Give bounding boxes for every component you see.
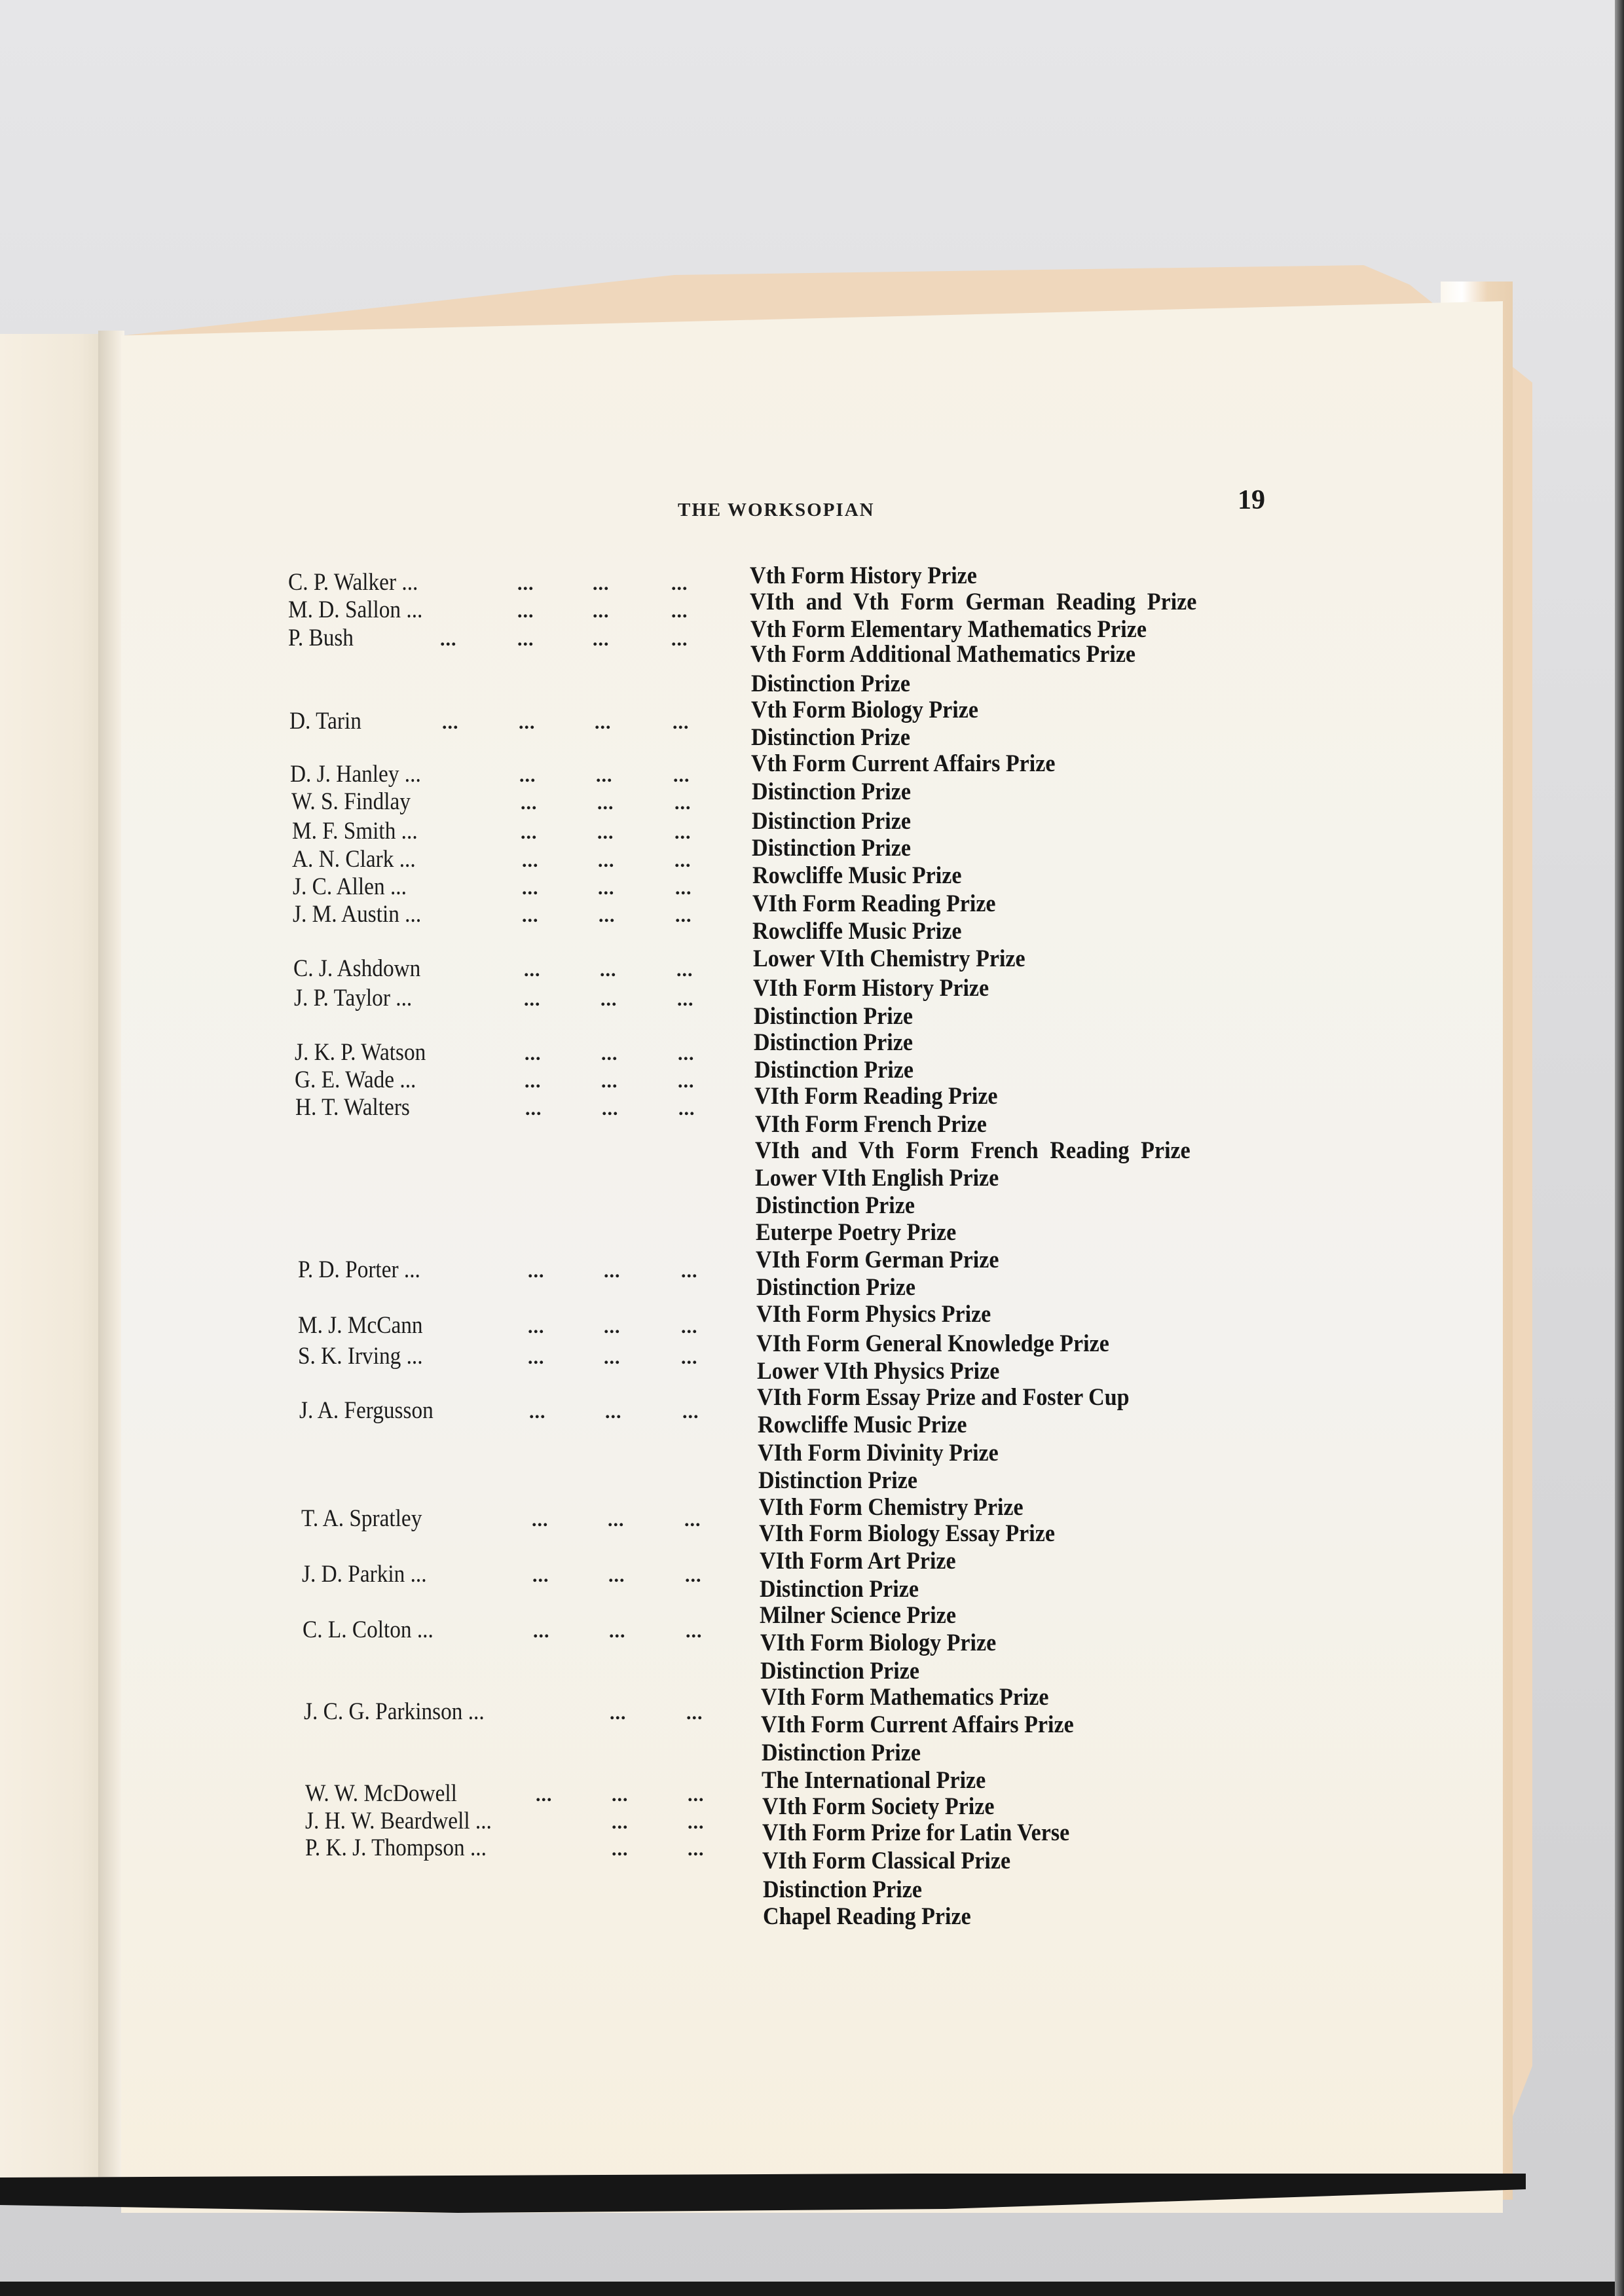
prize-name: Vth Form Additional Mathematics Prize xyxy=(750,640,1135,669)
prize-name: Lower VIth Chemistry Prize xyxy=(753,945,1025,974)
prize-name: VIth Form Chemistry Prize xyxy=(759,1493,1024,1522)
leader-dots: ... xyxy=(517,597,534,626)
leader-dots: ... xyxy=(602,1095,619,1123)
leader-dots: ... xyxy=(688,1808,705,1837)
leader-dots: ... xyxy=(674,847,692,875)
recipient-name: J. C. Allen ... xyxy=(293,873,407,902)
leader-dots: ... xyxy=(604,1313,621,1341)
leader-dots: ... xyxy=(524,956,541,985)
prize-name: Distinction Prize xyxy=(762,1739,921,1768)
leader-dots: ... xyxy=(608,1506,625,1535)
leader-dots: ... xyxy=(682,1398,699,1427)
leader-dots: ... xyxy=(533,1617,550,1646)
prize-name: VIth Form Prize for Latin Verse xyxy=(762,1819,1069,1848)
leader-dots: ... xyxy=(528,1343,545,1372)
leader-dots: ... xyxy=(601,1067,618,1096)
leader-dots: ... xyxy=(673,708,690,737)
recipient-name: C. J. Ashdown xyxy=(293,955,420,983)
prize-name: VIth Form Essay Prize and Foster Cup xyxy=(757,1383,1130,1412)
recipient-name: P. D. Porter ... xyxy=(298,1256,420,1285)
leader-dots: ... xyxy=(678,1067,695,1096)
prize-name: VIth Form Society Prize xyxy=(762,1793,994,1821)
leader-dots: ... xyxy=(529,1398,546,1427)
prize-name: Vth Form Biology Prize xyxy=(751,696,978,725)
leader-dots: ... xyxy=(522,847,539,875)
prize-name: Lower VIth Physics Prize xyxy=(757,1357,999,1386)
prize-name: VIth Form Art Prize xyxy=(760,1547,956,1576)
leader-dots: ... xyxy=(517,625,534,654)
leader-dots: ... xyxy=(612,1781,629,1810)
leader-dots: ... xyxy=(686,1617,703,1646)
prize-name: Distinction Prize xyxy=(760,1657,919,1686)
leader-dots: ... xyxy=(671,625,688,654)
recipient-name: A. N. Clark ... xyxy=(292,845,416,874)
recipient-name: C. P. Walker ... xyxy=(288,568,418,597)
prize-name: VIth Form French Prize xyxy=(755,1110,987,1139)
prize-name: VIth Form Current Affairs Prize xyxy=(761,1711,1074,1740)
prize-name: Distinction Prize xyxy=(756,1192,915,1220)
recipient-name: W. S. Findlay xyxy=(291,788,411,816)
prize-name: VIth Form Reading Prize xyxy=(754,1082,998,1111)
recipient-name: J. C. G. Parkinson ... xyxy=(304,1698,485,1726)
prize-name: VIth Form Divinity Prize xyxy=(758,1439,999,1468)
recipient-name: S. K. Irving ... xyxy=(298,1342,423,1371)
prize-name: Rowcliffe Music Prize xyxy=(752,862,961,890)
prize-name: Distinction Prize xyxy=(752,807,911,836)
prize-name: VIth Form Classical Prize xyxy=(762,1847,1010,1876)
prize-name: Milner Science Prize xyxy=(760,1601,956,1630)
leader-dots: ... xyxy=(671,570,688,598)
leader-dots: ... xyxy=(675,874,692,903)
leader-dots: ... xyxy=(610,1699,627,1728)
prize-name: VIth and Vth Form French Reading Prize xyxy=(755,1137,1190,1165)
prize-name: Distinction Prize xyxy=(754,1056,913,1085)
leader-dots: ... xyxy=(681,1257,698,1286)
recipient-name: J. D. Parkin ... xyxy=(302,1560,427,1589)
recipient-name: H. T. Walters xyxy=(295,1093,410,1122)
leader-dots: ... xyxy=(674,789,692,818)
leader-dots: ... xyxy=(673,761,690,790)
leader-dots: ... xyxy=(609,1617,626,1646)
prize-name: VIth and Vth Form German Reading Prize xyxy=(750,588,1196,617)
leader-dots: ... xyxy=(685,1561,702,1590)
leader-dots: ... xyxy=(532,1506,549,1535)
leader-dots: ... xyxy=(522,902,539,930)
prize-name: VIth Form Reading Prize xyxy=(752,890,996,919)
prize-name: Euterpe Poetry Prize xyxy=(756,1218,956,1247)
leader-dots: ... xyxy=(598,874,615,903)
leader-dots: ... xyxy=(676,956,693,985)
prize-name: Distinction Prize xyxy=(758,1467,917,1495)
prize-name: Lower VIth English Prize xyxy=(755,1164,999,1193)
prize-name: Distinction Prize xyxy=(756,1273,915,1302)
leader-dots: ... xyxy=(598,847,615,875)
leader-dots: ... xyxy=(612,1835,629,1864)
recipient-name: D. J. Hanley ... xyxy=(290,760,421,789)
prize-name: VIth Form History Prize xyxy=(753,974,989,1003)
leader-dots: ... xyxy=(593,570,610,598)
leader-dots: ... xyxy=(597,789,614,818)
leader-dots: ... xyxy=(681,1343,698,1372)
prize-name: Distinction Prize xyxy=(752,834,911,863)
prize-name: Distinction Prize xyxy=(752,778,911,807)
leader-dots: ... xyxy=(521,789,538,818)
leader-dots: ... xyxy=(532,1561,549,1590)
prize-name: Rowcliffe Music Prize xyxy=(752,917,961,946)
leader-dots: ... xyxy=(681,1313,698,1341)
recipient-name: M. D. Sallon ... xyxy=(288,596,422,625)
leader-dots: ... xyxy=(599,902,616,930)
leader-dots: ... xyxy=(595,708,612,737)
leader-dots: ... xyxy=(517,570,534,598)
recipient-name: G. E. Wade ... xyxy=(295,1066,416,1095)
recipient-name: P. K. J. Thompson ... xyxy=(305,1834,487,1863)
leader-dots: ... xyxy=(604,1257,621,1286)
recipient-name: J. P. Taylor ... xyxy=(294,984,412,1013)
prize-name: VIth Form Physics Prize xyxy=(756,1300,991,1329)
leader-dots: ... xyxy=(593,625,610,654)
recipient-name: J. A. Fergusson xyxy=(299,1396,434,1425)
prize-name: Distinction Prize xyxy=(754,1029,913,1057)
prize-name: Distinction Prize xyxy=(754,1002,913,1031)
prize-name: Vth Form History Prize xyxy=(750,562,977,591)
leader-dots: ... xyxy=(608,1561,625,1590)
prize-name: Distinction Prize xyxy=(763,1876,922,1904)
prize-name: VIth Form Biology Essay Prize xyxy=(759,1520,1055,1548)
leader-dots: ... xyxy=(612,1808,629,1837)
recipient-name: P. Bush xyxy=(288,624,354,653)
recipient-name: C. L. Colton ... xyxy=(303,1616,434,1645)
recipient-name: T. A. Spratley xyxy=(301,1504,422,1533)
leader-dots: ... xyxy=(677,985,694,1014)
recipient-name: D. Tarin xyxy=(289,707,361,736)
leader-dots: ... xyxy=(525,1067,542,1096)
leader-dots: ... xyxy=(524,985,541,1014)
leader-dots: ... xyxy=(528,1313,545,1341)
prize-list: C. P. Walker ............M. D. Sallon ..… xyxy=(0,0,1624,2296)
leader-dots: ... xyxy=(536,1781,553,1810)
leader-dots: ... xyxy=(684,1506,701,1535)
recipient-name: J. K. P. Watson xyxy=(295,1038,426,1067)
prize-name: Chapel Reading Prize xyxy=(763,1903,971,1931)
prize-name: Distinction Prize xyxy=(751,723,910,752)
prize-name: The International Prize xyxy=(762,1766,986,1795)
recipient-name: J. H. W. Beardwell ... xyxy=(305,1807,492,1836)
leader-dots: ... xyxy=(675,902,692,930)
prize-name: Vth Form Current Affairs Prize xyxy=(751,750,1055,778)
leader-dots: ... xyxy=(519,708,536,737)
leader-dots: ... xyxy=(519,761,536,790)
leader-dots: ... xyxy=(596,761,613,790)
leader-dots: ... xyxy=(440,625,457,654)
recipient-name: M. J. McCann xyxy=(298,1311,423,1340)
leader-dots: ... xyxy=(525,1040,542,1068)
prize-name: VIth Form Mathematics Prize xyxy=(761,1683,1049,1712)
leader-dots: ... xyxy=(678,1040,695,1068)
leader-dots: ... xyxy=(593,597,610,626)
leader-dots: ... xyxy=(522,874,539,903)
leader-dots: ... xyxy=(674,818,692,847)
leader-dots: ... xyxy=(601,1040,618,1068)
recipient-name: M. F. Smith ... xyxy=(292,817,418,846)
leader-dots: ... xyxy=(600,956,617,985)
leader-dots: ... xyxy=(525,1095,542,1123)
leader-dots: ... xyxy=(671,597,688,626)
leader-dots: ... xyxy=(600,985,618,1014)
leader-dots: ... xyxy=(528,1257,545,1286)
prize-name: VIth Form General Knowledge Prize xyxy=(756,1330,1109,1358)
prize-name: Distinction Prize xyxy=(760,1575,919,1604)
leader-dots: ... xyxy=(605,1398,622,1427)
leader-dots: ... xyxy=(688,1835,705,1864)
leader-dots: ... xyxy=(442,708,459,737)
prize-name: VIth Form Biology Prize xyxy=(760,1629,996,1658)
leader-dots: ... xyxy=(521,818,538,847)
recipient-name: J. M. Austin ... xyxy=(293,900,421,929)
prize-name: Distinction Prize xyxy=(751,670,910,699)
leader-dots: ... xyxy=(678,1095,695,1123)
leader-dots: ... xyxy=(686,1699,703,1728)
prize-name: Rowcliffe Music Prize xyxy=(758,1411,967,1440)
prize-name: VIth Form German Prize xyxy=(756,1246,999,1275)
leader-dots: ... xyxy=(604,1343,621,1372)
leader-dots: ... xyxy=(688,1781,705,1810)
leader-dots: ... xyxy=(597,818,614,847)
recipient-name: W. W. McDowell xyxy=(305,1779,457,1808)
